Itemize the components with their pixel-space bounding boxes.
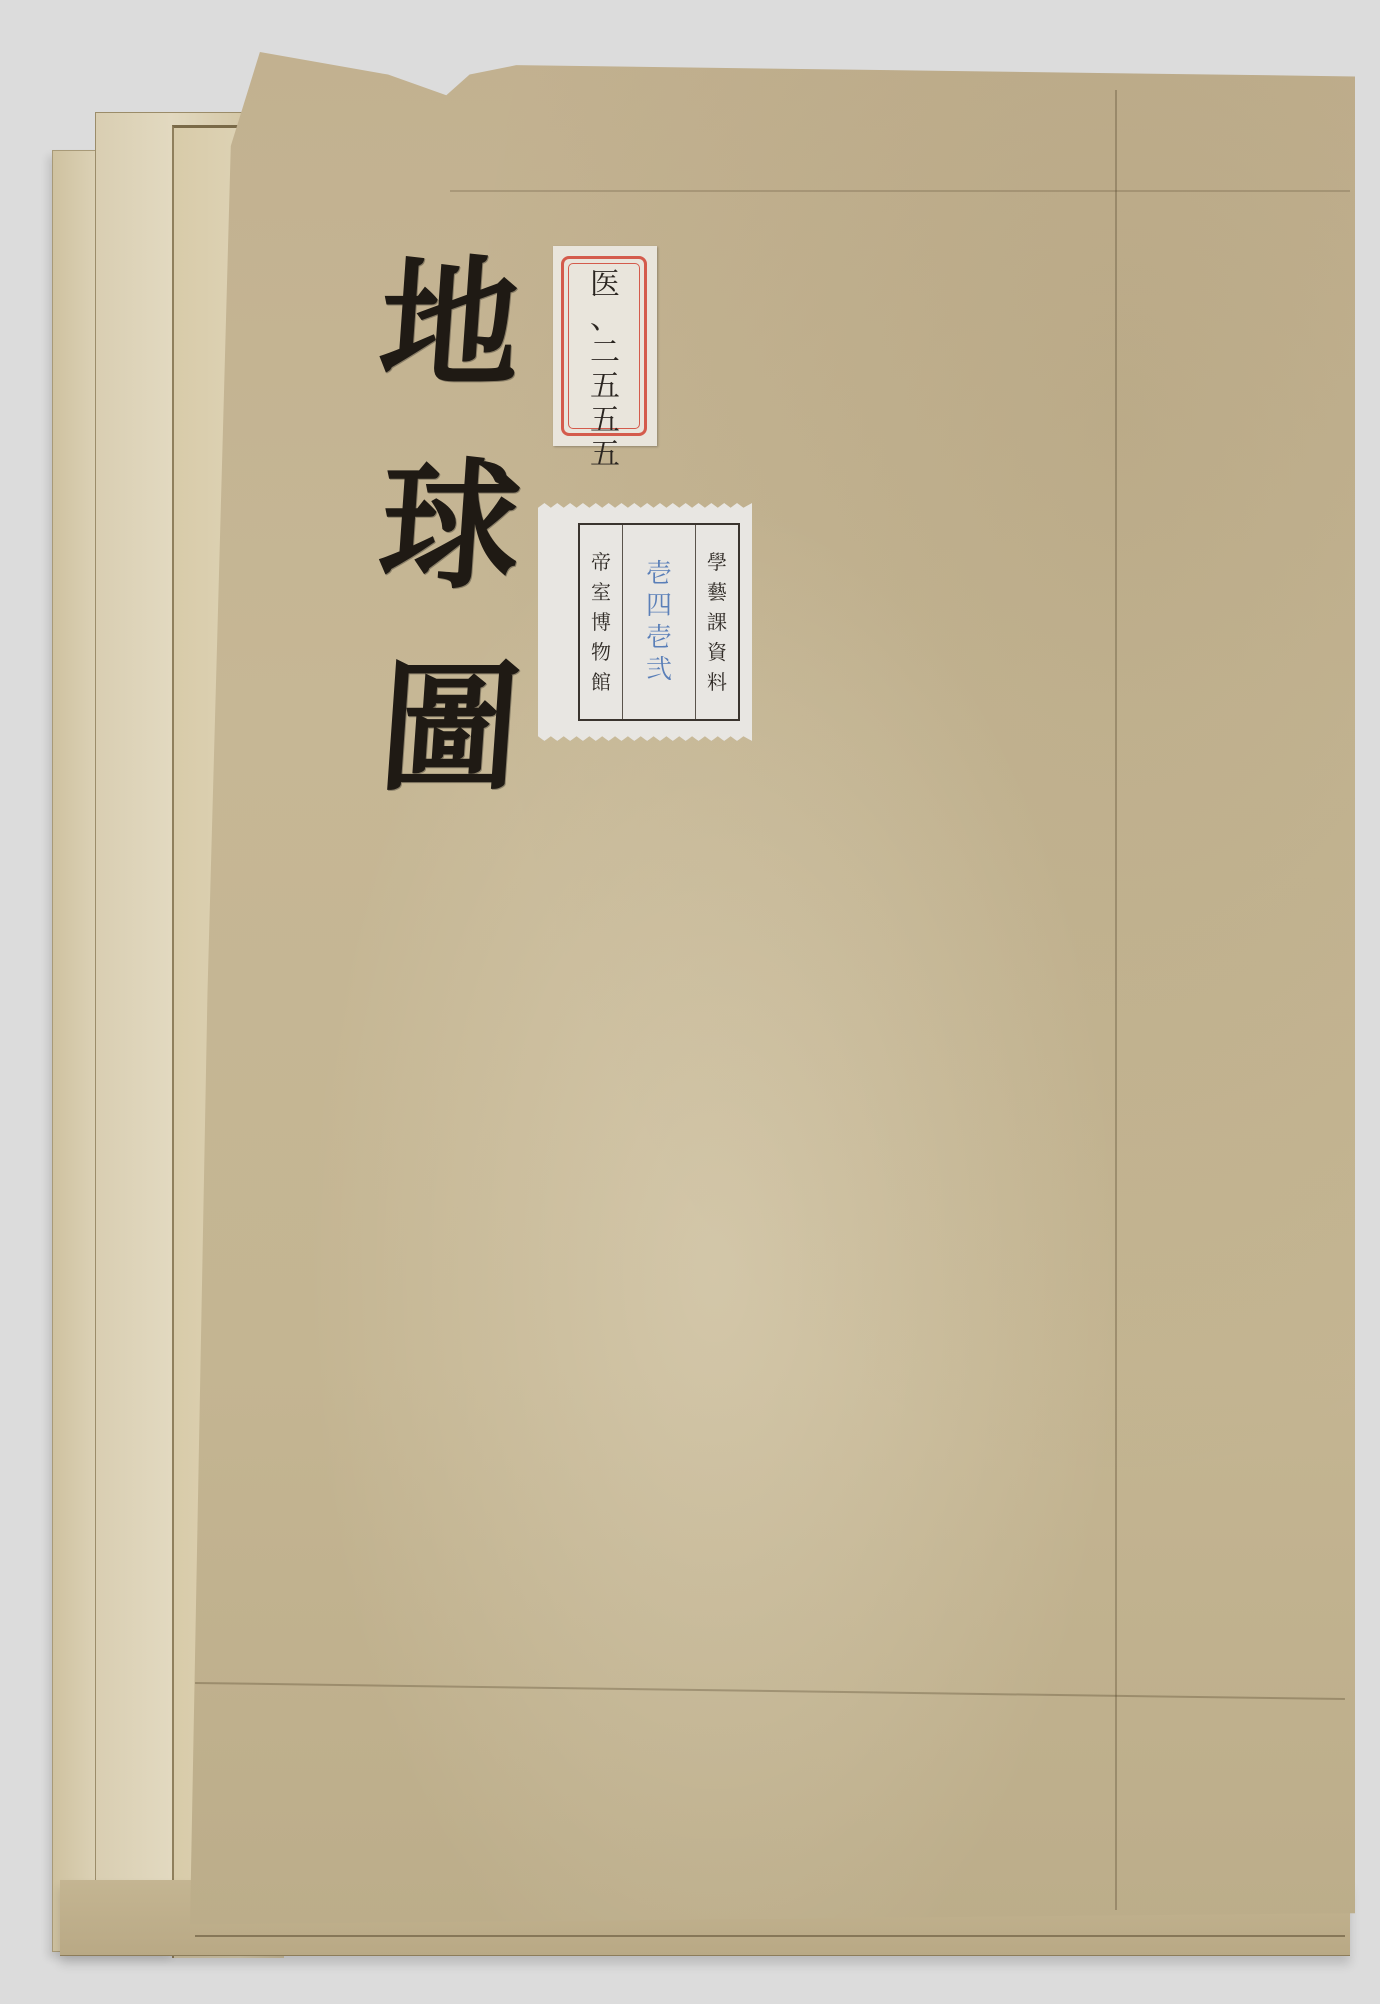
stamp-char: 壱 [646, 558, 672, 590]
stamp-char: 四 [646, 590, 672, 622]
stamp-char: 料 [707, 667, 727, 697]
top-fold-crease [450, 190, 1350, 192]
stamp-char: 物 [591, 637, 611, 667]
stamp-frame: 帝 室 博 物 館 壱 四 壱 弐 學 藝 課 資 料 [578, 523, 740, 721]
catalog-char: 五 [590, 438, 620, 472]
catalog-char: 五 [590, 404, 620, 438]
stamp-department: 學 藝 課 資 料 [696, 525, 738, 719]
title-char-1: 地 [375, 255, 525, 395]
stamp-char: 資 [707, 637, 727, 667]
vertical-fold-crease [1115, 90, 1117, 1910]
stamp-char: 博 [591, 607, 611, 637]
cover-bottom-edge [195, 1935, 1345, 1937]
stamp-char: 館 [591, 667, 611, 697]
catalog-char: 五 [590, 370, 620, 404]
catalog-char: 二 [590, 336, 620, 370]
stamp-char: 室 [591, 577, 611, 607]
stamp-accession-number: 壱 四 壱 弐 [623, 525, 696, 719]
stamp-char: 學 [707, 547, 727, 577]
title-char-2: 球 [375, 457, 525, 597]
catalog-char: 医 [590, 268, 620, 302]
catalog-number-label: 医 、 二 五 五 五 [553, 246, 657, 446]
museum-collection-stamp: 帝 室 博 物 館 壱 四 壱 弐 學 藝 課 資 料 [538, 503, 752, 741]
stamp-char: 弐 [646, 654, 672, 686]
stamp-char: 壱 [646, 622, 672, 654]
stamp-char: 課 [707, 607, 727, 637]
catalog-char: 、 [590, 302, 620, 336]
stamp-char: 帝 [591, 547, 611, 577]
stamp-char: 藝 [707, 577, 727, 607]
stamp-museum-name: 帝 室 博 物 館 [580, 525, 623, 719]
title-char-3: 圖 [375, 659, 525, 799]
catalog-number: 医 、 二 五 五 五 [553, 268, 657, 472]
calligraphy-title: 地 球 圖 [360, 255, 540, 799]
